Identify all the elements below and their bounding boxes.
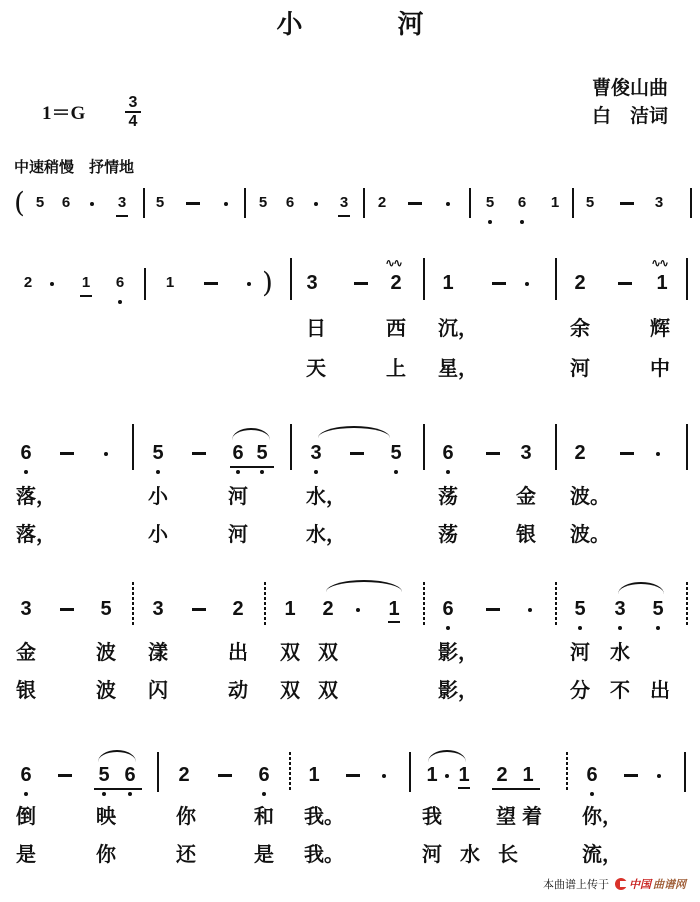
lyric: 波 [96,678,116,702]
site-logo[interactable]: 中国曲谱网 [615,876,686,892]
lyric: 河 [228,484,248,508]
note: 2 [320,598,336,620]
lyric: 分 [570,678,590,702]
note: 1 [547,192,563,214]
note: 5 [254,442,270,464]
barline [690,188,692,218]
open-paren: ( [14,188,25,218]
credits: 曹俊山曲 白 洁词 [592,74,668,130]
note: 1 [424,764,440,786]
lyric: 天 [306,356,326,380]
lyric: 上 [386,356,406,380]
dot [314,202,318,206]
note: 2 [572,442,588,464]
note: 6 [514,192,530,214]
note: 2 [176,764,192,786]
beam [230,466,274,468]
barline [555,424,557,470]
song-title: 小河 [0,4,700,41]
dash [60,452,74,455]
barline [132,424,134,470]
lyric: 辉 [650,316,670,340]
barline [686,424,688,470]
lyric: 河 [570,356,590,380]
dash [350,452,364,455]
lyric: 水， [306,484,346,508]
lyric: 双 [280,640,300,664]
dash [204,282,218,285]
lyric: 我。 [304,804,344,828]
barline [363,188,365,218]
dot [224,202,228,206]
note: 2 [572,272,588,294]
note: 6 [256,764,272,786]
note: 6 [18,442,34,464]
lyric: 小 [148,484,168,508]
lyric: 是 [16,842,36,866]
dash [408,202,422,205]
note: 1 [78,272,94,294]
lyric: 波。 [570,522,610,546]
note: 3 [114,192,130,214]
dot [50,282,54,286]
lyric: 金 [16,640,36,664]
lyric: 长 [498,842,518,866]
dash [192,452,206,455]
dash [624,774,638,777]
dot [445,774,449,778]
close-paren: ) [262,268,273,298]
barline [409,752,411,792]
trill-icon: ∿∿ [385,256,401,270]
lyric: 西 [386,316,406,340]
note: 2 [20,272,36,294]
lyric: 银 [516,522,536,546]
composer-credit: 曹俊山曲 [592,74,668,102]
dash [492,282,506,285]
note: 3 [651,192,667,214]
key-signature: 1＝G [42,98,85,125]
lyricist-credit: 白 洁词 [592,102,668,130]
note: 3 [150,598,166,620]
note: 6 [440,598,456,620]
note: 2 [374,192,390,214]
lyric: 落， [16,522,56,546]
lyric: 影， [438,640,478,664]
note: 5 [32,192,48,214]
barline [144,268,146,300]
dot [656,452,660,456]
note: 5 [255,192,271,214]
barline [157,752,159,792]
note: 1 [386,598,402,620]
dot [247,282,251,286]
note: 6 [58,192,74,214]
beam [94,788,142,790]
slur [232,428,270,440]
barline [423,424,425,470]
beam [492,788,540,790]
title-char-2: 河 [398,4,424,41]
lyric: 河 [422,842,442,866]
dot [90,202,94,206]
barline [686,582,688,626]
dash [618,282,632,285]
note: 1 [162,272,178,294]
lyric: 我 [422,804,442,828]
dash [346,774,360,777]
lyric: 双 [318,678,338,702]
note: 5 [150,442,166,464]
note: 3 [308,442,324,464]
dash [60,608,74,611]
lyric: 倒 [16,804,36,828]
slur [428,750,466,762]
dash [486,452,500,455]
dash [620,202,634,205]
barline [555,258,557,300]
note: 5 [152,192,168,214]
dot [657,774,661,778]
barline [423,582,425,626]
lyric: 银 [16,678,36,702]
dash [58,774,72,777]
lyric: 出 [650,678,670,702]
dot [446,202,450,206]
lyric: 影， [438,678,478,702]
dot [382,774,386,778]
note: 1 [282,598,298,620]
note: 3 [336,192,352,214]
lyric: 落， [16,484,56,508]
barline [423,258,425,300]
note: 3 [304,272,320,294]
note: 5 [98,598,114,620]
tempo-marking: 中速稍慢 抒情地 [14,156,134,177]
lyric: 流， [582,842,622,866]
title-char-1: 小 [276,4,302,41]
note: 6 [584,764,600,786]
note: 3 [612,598,628,620]
lyric: 水 [460,842,480,866]
lyric: 你， [582,804,622,828]
note: 3 [18,598,34,620]
brand-brown: 曲谱网 [653,876,686,892]
tie [318,426,390,438]
lyric: 着 [522,804,542,828]
barline [290,258,292,300]
lyric: 星， [438,356,478,380]
lyric: 沉， [438,316,478,340]
slur [98,750,136,762]
lyric: 漾 [148,640,168,664]
barline [290,424,292,470]
note: 6 [282,192,298,214]
note: 6 [122,764,138,786]
lyric: 波 [96,640,116,664]
dash [186,202,200,205]
note: 5 [582,192,598,214]
lyric: 望 [496,804,516,828]
lyric: 不 [610,678,630,702]
dot [104,452,108,456]
note: 1 [456,764,472,786]
dash [354,282,368,285]
lyric: 水， [306,522,346,546]
dash [620,452,634,455]
lyric: 是 [254,842,274,866]
barline [686,258,688,300]
trill-icon: ∿∿ [651,256,667,270]
note: 5 [482,192,498,214]
barline [572,188,574,218]
barline [132,582,134,626]
lyric: 你 [176,804,196,828]
lyric: 双 [280,678,300,702]
time-denominator: 4 [125,114,141,129]
lyric: 中 [650,356,670,380]
lyric: 动 [228,678,248,702]
note: 2 [494,764,510,786]
dot [528,608,532,612]
tie [326,580,402,592]
lyric: 映 [96,804,116,828]
note: 5 [572,598,588,620]
note: 1 [520,764,536,786]
lyric: 你 [96,842,116,866]
note: 6 [230,442,246,464]
dot [525,282,529,286]
lyric: 出 [228,640,248,664]
lyric: 水 [610,640,630,664]
note: 6 [18,764,34,786]
note: 6 [112,272,128,294]
lyric: 金 [516,484,536,508]
lyric: 日 [306,316,326,340]
note: 1 [306,764,322,786]
lyric: 闪 [148,678,168,702]
lyric: 荡 [438,522,458,546]
barline [555,582,557,626]
note: 5 [650,598,666,620]
lyric: 还 [176,842,196,866]
time-numerator: 3 [125,95,141,110]
slur [618,582,664,594]
lyric: 双 [318,640,338,664]
barline [566,752,568,792]
note: 6 [440,442,456,464]
note: 5 [96,764,112,786]
barline [264,582,266,626]
time-signature: 3 4 [125,95,141,129]
watermark-text: 本曲谱上传于 [543,876,609,892]
note: 5 [388,442,404,464]
barline [684,752,686,792]
lyric: 小 [148,522,168,546]
dash [218,774,232,777]
lyric: 和 [254,804,274,828]
brand-red: 中国 [629,876,651,892]
note: 2 [388,272,404,294]
dash [192,608,206,611]
barline [469,188,471,218]
lyric: 波。 [570,484,610,508]
note: 3 [518,442,534,464]
lyric: 我。 [304,842,344,866]
logo-icon [615,878,627,890]
dot [356,608,360,612]
lyric: 河 [228,522,248,546]
dash [486,608,500,611]
watermark: 本曲谱上传于 中国曲谱网 [543,876,686,892]
lyric: 河 [570,640,590,664]
barline [289,752,291,792]
note: 2 [230,598,246,620]
barline [143,188,145,218]
note: 1 [654,272,670,294]
lyric: 荡 [438,484,458,508]
barline [244,188,246,218]
lyric: 余 [570,316,590,340]
note: 1 [440,272,456,294]
